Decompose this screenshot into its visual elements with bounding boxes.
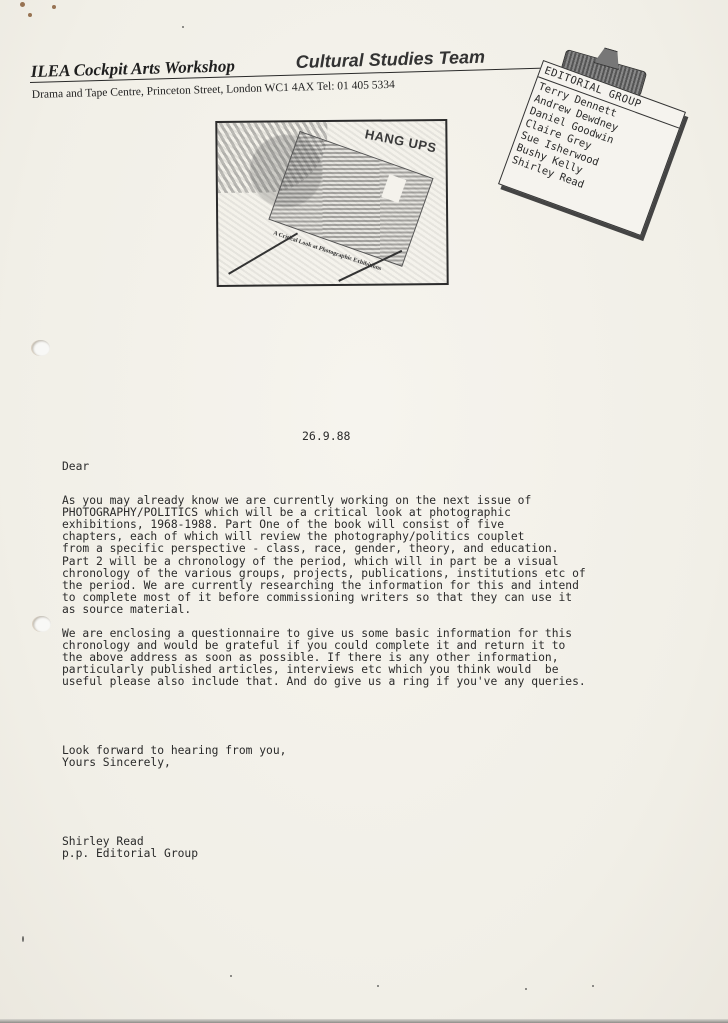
speck [525,988,527,990]
letter-body: Dear As you may already know we are curr… [62,461,702,689]
punch-hole-top [32,340,50,356]
speck [22,936,24,942]
paragraph-1: As you may already know we are currently… [62,495,702,616]
letter-page: ILEA Cockpit Arts Workshop Cultural Stud… [0,0,728,1023]
speck [230,975,232,977]
paragraph-2: We are enclosing a questionnaire to give… [62,628,702,688]
rust-stain [20,2,25,7]
text-line: useful please also include that. And do … [62,676,702,688]
stamp-window-shape [381,174,406,203]
text-line: from a specific perspective - class, rac… [62,543,702,555]
page-edge-shadow [0,1019,728,1023]
team-name: Cultural Studies Team [295,47,485,73]
rust-stain [52,5,56,9]
speck [377,985,379,987]
editorial-members-list: Terry Dennett Andrew Dewdney Daniel Good… [506,79,678,216]
salutation: Dear [62,461,702,473]
punch-hole-bottom [33,616,51,632]
stamp-house-illustration [268,131,433,267]
text-line: as source material. [62,604,702,616]
signature-block: Shirley Read p.p. Editorial Group [62,836,198,860]
hang-ups-title: HANG UPS [364,126,438,155]
rust-stain [28,13,32,17]
hang-ups-stamp: HANG UPS A Critical Look at Photographic… [215,119,448,287]
speck [182,26,184,28]
signature-title: p.p. Editorial Group [62,848,198,860]
text-line: Part 2 will be a chronology of the perio… [62,556,702,568]
organization-address: Drama and Tape Centre, Princeton Street,… [32,79,395,101]
text-line: chronology of the various groups, projec… [62,568,702,580]
letter-date: 26.9.88 [302,429,350,443]
letter-closing: Look forward to hearing from you, Yours … [62,745,286,769]
speck [592,985,594,987]
closing-line: Yours Sincerely, [62,757,286,769]
editorial-group-stamp: EDITORIAL GROUP Terry Dennett Andrew Dew… [498,60,686,236]
stamp-line [228,232,298,274]
